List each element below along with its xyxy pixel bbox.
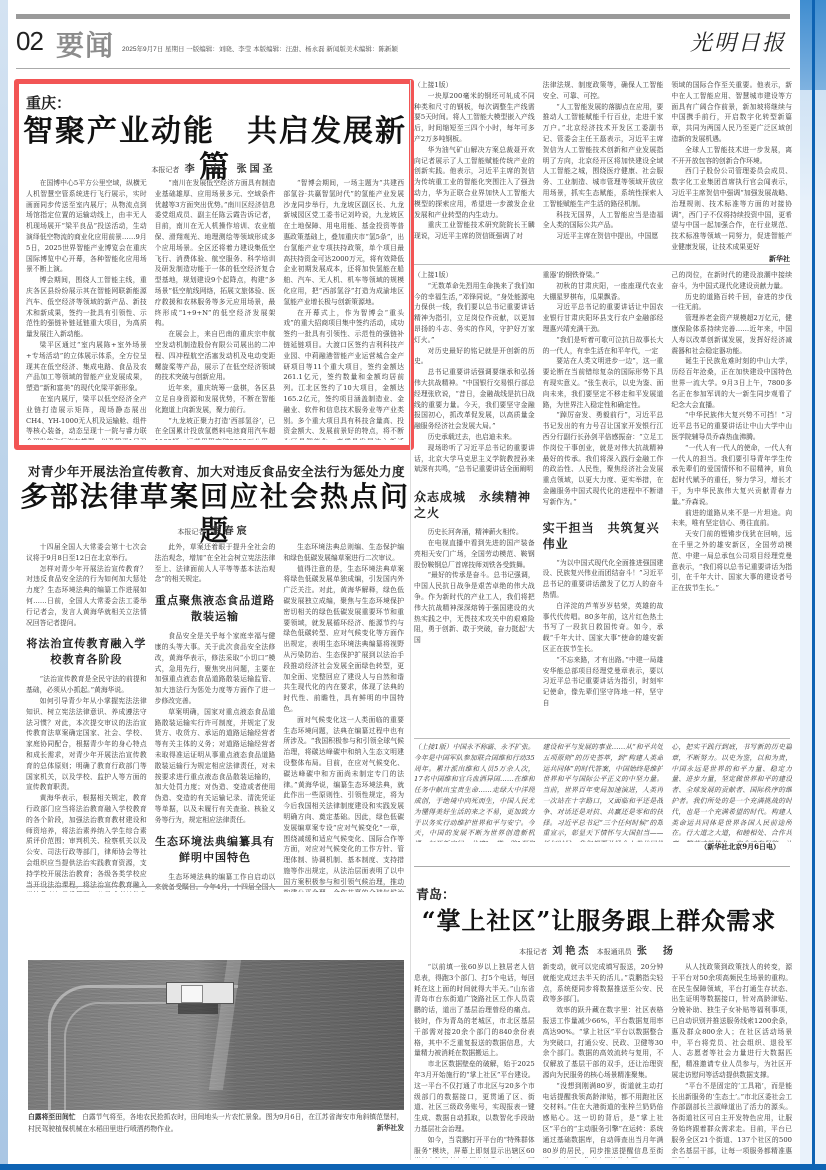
divider xyxy=(414,738,790,739)
article-columns: （上接1版）中国永不称霸、永不扩张。今年是中国军队参加联合国维和行动35周年。累… xyxy=(414,742,792,842)
paragraph: 食品安全是关乎每个家庭幸福与健康的头等大事。关于此次食品安全法修改，黄海华表示，… xyxy=(155,631,276,707)
paragraph: 十四届全国人大常委会第十七次会议将于9月8日至12日在北京举行。 xyxy=(26,542,147,564)
viewer-scrollbar[interactable] xyxy=(800,0,826,1170)
paragraph: 初秋的甘肃庆阳，一座座现代农业大棚星罗棋布，瓜果飘香。 xyxy=(543,281,664,303)
top-rule xyxy=(16,14,790,19)
byline-names: 张 扬 xyxy=(637,946,676,957)
byline-label: 本报记者 xyxy=(519,948,547,956)
section-name: 要闻 xyxy=(56,24,114,64)
divider xyxy=(26,886,406,887)
paragraph: 新变动，就可以完成填写报送，20分钟就能完成过去半天的活儿。”袁鹏指尖轻点，系统… xyxy=(543,962,664,1005)
subheading: 实干担当 共筑复兴伟业 xyxy=(543,520,664,552)
article-byline: 本报记者 李春宸 xyxy=(20,522,410,537)
article-peace-continued[interactable]: （上接1版）中国永不称霸、永不扩张。今年是中国军队参加联合国维和行动35周年。累… xyxy=(414,742,794,862)
paragraph: 要站在人类文明进步一边”，这一重要论断在当前错综复杂的国际形势下具有现实意义。“… xyxy=(543,356,664,410)
column-3: 心，把实干践行到底，书写新的历史篇章，不断努力。以史为鉴，以和为贵，中国永远是世… xyxy=(671,742,792,842)
column-2: 法律法规、制度政策等，确保人工智能安全、可靠、可控。 “人工智能发展的落脚点在应… xyxy=(543,80,664,256)
column-1: （上接1版） “无数革命先烈用生命换来了我们如今的幸福生活，”邓锋同说，“身处能… xyxy=(414,270,535,730)
paragraph: 前进的道路从来不是一片坦途。向未来，唯有坚定信心、勇往直前。 xyxy=(671,508,792,530)
paragraph: 如何引导青少年从小掌握宪法法律知识、树立宪法法律意识、养成遵法守法习惯？对此，本… xyxy=(26,696,147,793)
article-columns: （上接1版） “无数革命先烈用生命换来了我们如今的幸福生活，”邓锋同说，“身处能… xyxy=(414,270,792,730)
article-byline: 本报记者 刘艳杰 本报通讯员 张 扬 xyxy=(414,942,784,957)
paragraph: 管理养老金资产规模超2万亿元，健康保险体系持续完善……近年来，中国人寿以改革创新… xyxy=(671,313,792,356)
article-columns: （上接1版） 一块厚200毫米的钢坯可轧成不同种类和尺寸的钢板，每次调整生产线需… xyxy=(414,80,792,256)
column-1: （上接1版） 一块厚200毫米的钢坯可轧成不同种类和尺寸的钢板，每次调整生产线需… xyxy=(414,80,535,256)
article-spirit-continued[interactable]: （上接1版） “无数革命先烈用生命换来了我们如今的幸福生活，”邓锋同说，“身处能… xyxy=(414,270,794,735)
column-3: 己的岗位，在新时代的建设浪潮中接续奋斗，为中国式现代化建设贡献力量。 历史的道路… xyxy=(671,270,792,730)
paragraph: “中华民族伟大复兴势不可挡！”习近平总书记的重要讲话让中山大学中山医学院辅导员乔… xyxy=(671,410,792,442)
paragraph: “无数革命先烈用生命换来了我们如今的幸福生活，”邓锋同说，“身处能源电力保供一线… xyxy=(414,281,535,346)
paragraph: “没想到刚满80岁，街道就主动打电话提醒我领高龄津贴，都不用跑社区交材料。”住在… xyxy=(543,1081,664,1158)
dateline: （新华社北京9月6日电） xyxy=(700,842,780,852)
header-rule xyxy=(16,68,790,69)
byline-names: 刘艳杰 xyxy=(552,946,591,957)
paragraph: （上接1版）中国永不称霸、永不扩张。今年是中国军队参加联合国维和行动35周年。累… xyxy=(414,742,535,842)
photo-track xyxy=(64,1002,224,1122)
paragraph: 己的岗位，在新时代的建设浪潮中接续奋斗，为中国式现代化建设贡献力量。 xyxy=(671,270,792,292)
paragraph: 重庆工业智能技术研究院院长王麟现说，习近平主席的贺信既强调了对 xyxy=(414,220,535,242)
paragraph: 生态环境法典的编纂工作自启动以来就备受瞩目。今年4月，十四届全国人大常委会第十五… xyxy=(155,872,276,892)
paragraph: 效率的跃升藏在数字里：社区表格报送工作量减少66%，平台数据复用率高达90%。“… xyxy=(543,1005,664,1081)
paragraph: 历史的道路百转千回，奋进的步伐一往无前。 xyxy=(671,292,792,314)
paragraph: 西门子股份公司管理委员会成员、数字化工业集团首席执行官会闻表示，习近平主席贺信中… xyxy=(671,166,792,252)
paragraph: 草案明确，国家对重点液态食品道路散装运输实行许可制度，并规定了发货方、收货方、承… xyxy=(155,707,276,826)
paragraph: “最好的传承是奋斗。总书记强调，中国人民抗日战争是艰苦卓绝的伟大战争。作为新时代… xyxy=(414,570,535,646)
viewer-left-edge xyxy=(0,0,8,1170)
paragraph: 白洋淀的芦苇岁岁枯荣，英雄的故事代代传唱。80多年前，这片红色热土书写了一段抗日… xyxy=(543,601,664,655)
paragraph: “我们是听着可歌可泣抗日故事长大的一代人，有幸生活在和平年代，一定 xyxy=(543,335,664,357)
subheading: 重点聚焦液态食品道路散装运输 xyxy=(155,593,276,625)
byline-label: 本报通讯员 xyxy=(597,948,632,956)
page-number: 02 xyxy=(16,26,43,57)
byline-names: 李春宸 xyxy=(211,526,250,537)
scrollbar-track-line xyxy=(812,0,815,1170)
paragraph: 对历史最好的铭记就是开创新的历史。 xyxy=(414,346,535,368)
paragraph: “以前填一张60岁以上独居老人信息表，得跑3个部门、打5个电话，每回耗在这上面的… xyxy=(414,962,535,1059)
paragraph: “为以中国式现代化全面推进强国建设、民族复兴伟业而团结奋斗！”习近平总书记的重要… xyxy=(543,558,664,601)
article-headline: 多部法律草案回应社会热点问题 xyxy=(20,480,410,548)
paragraph: 面对气候变化这一人类面临的重要生态环境问题，法典在编纂过程中也有所涉及。“我国积… xyxy=(283,715,404,892)
subheading: 众志成城 永续精神之火 xyxy=(414,489,535,521)
article-columns: 十四届全国人大常委会第十七次会议将于9月8日至12日在北京举行。 怎样对青少年开… xyxy=(26,542,404,892)
news-photo-field-spraying[interactable] xyxy=(28,960,404,1110)
paragraph: 天安门前的铿锵步伐犹在回响，远在千里之外的雄安新区，全国劳动模范、中建一局总承包… xyxy=(671,529,792,594)
byline-label: 本报记者 xyxy=(177,528,205,536)
caption-title: 白露将至田间忙 xyxy=(28,1114,76,1121)
photo-shadow xyxy=(178,1004,218,1014)
article-kicker: 青岛： xyxy=(416,884,455,903)
photo-credit: 新华社发 xyxy=(377,1124,404,1135)
paragraph: 现场聆听了习近平总书记的重要讲话，北京大学马克思主义学院教授孙来斌深有共鸣，“总… xyxy=(414,443,535,475)
paragraph: 重器’的钢铁脊梁。” xyxy=(543,270,664,281)
paragraph: 值得注意的是，生态环境法典草案将绿色低碳发展单独成编，引发国内外广泛关注。对此，… xyxy=(283,564,404,715)
paragraph: 建设和平与发展的事业……从“和平共处五项原则”的历史荟萃，到“构建人类命运共同体… xyxy=(543,742,664,842)
paragraph: 怎样对青少年开展法治宣传教育？对违反食品安全法的行为如何加大惩处力度？生态环境法… xyxy=(26,564,147,629)
divider xyxy=(414,264,790,265)
column-2: 此外，草案还着眼于提升全社会的法治观念，增加“在全社会树立宪法法律至上、法律面前… xyxy=(155,542,276,892)
column-2: 重器’的钢铁脊梁。” 初秋的甘肃庆阳，一座座现代农业大棚星罗棋布，瓜果飘香。 习… xyxy=(543,270,664,730)
paragraph: 生态环境法典总则编、生态保护编和绿色低碳发展编草案进行二次审议。 xyxy=(283,542,404,564)
paragraph: “人工智能发展的落脚点在应用，要推动人工智能赋能千行百业，走进千家万户。”北京经… xyxy=(543,102,664,210)
column-1: （上接1版）中国永不称霸、永不扩张。今年是中国军队参加联合国维和行动35周年。累… xyxy=(414,742,535,842)
column-2: 建设和平与发展的事业……从“和平共处五项原则”的历史荟萃，到“构建人类命运共同体… xyxy=(543,742,664,842)
column-3: 从人找政策到政策找人的转变，源于平台对50余项高频民生场景的重构。在民生保障领域… xyxy=(671,962,792,1158)
dateline: 新华社 xyxy=(769,254,790,264)
paragraph: 科技无国界，人工智能应当是造福全人类的国际公共产品。 xyxy=(543,210,664,232)
paragraph: “法治宣传教育是全民守法的前提和基础，必须从小抓起。”黄海华说。 xyxy=(26,674,147,696)
article-headline: “掌上社区”让服务跟上群众需求 xyxy=(414,906,784,936)
photo-caption: 白露将至田间忙 白露节气将至，各地农民抢抓农时，田间地头一片农忙景象。图为9月6… xyxy=(28,1112,404,1134)
paragraph: 历史长河奔涌，精神薪火相传。 xyxy=(414,527,535,538)
article-law-drafts[interactable]: 对青少年开展法治宣传教育、加大对违反食品安全法行为惩处力度—— 多部法律草案回应… xyxy=(20,456,410,796)
selection-highlight-box xyxy=(14,79,414,450)
jump-line: （上接1版） xyxy=(414,270,535,281)
masthead: 02 要闻 2025年9月7日 星期日 一版编辑：刘晓、李莹 本版编辑：汪甜、杨… xyxy=(16,24,790,64)
paragraph: 黄海华表示，根据相关规定，教育行政部门应当将法治教育融入学校教育的各个阶段，加强… xyxy=(26,793,147,892)
paragraph: 习近平主席在贺信中提出，中国愿 xyxy=(543,231,664,242)
paragraph: 诞生于民族危难时刻的中山大学，历经百年沧桑，正在加快建设中国特色世界一流大学。9… xyxy=(671,356,792,410)
subheading: 生态环境法典编纂具有鲜明中国特色 xyxy=(155,834,276,866)
viewer-bottom-bar xyxy=(0,1164,826,1170)
article-columns: “以前填一张60岁以上独居老人信息表，得跑3个部门、打5个电话，每回耗在这上面的… xyxy=(414,962,792,1158)
subheading: 将法治宣传教育融入学校教育各阶段 xyxy=(26,636,147,668)
article-ai-continued[interactable]: （上接1版） 一块厚200毫米的钢坯可轧成不同种类和尺寸的钢板，每次调整生产线需… xyxy=(414,80,794,270)
paragraph: 一块厚200毫米的钢坯可轧成不同种类和尺寸的钢板，每次调整生产线需要5天时间。将… xyxy=(414,91,535,145)
paragraph: 华为油气矿山解决方案总裁聂开欢向记者展示了人工智能赋能传统产业的创新实践。他表示… xyxy=(414,145,535,221)
caption-text: 白露节气将至，各地农民抢抓农时，田间地头一片农忙景象。图为9月6日，在江苏省海安… xyxy=(28,1113,403,1133)
paragraph: 习近平总书记的重要讲话让中国农业银行甘肃庆阳环县支行农户金融部经理惠兴靖充满干劲… xyxy=(543,302,664,334)
column-divider xyxy=(410,80,411,1160)
divider xyxy=(414,866,790,867)
paragraph: 在电视直播中看到先进的国产装备亮相天安门广场，全国劳动模范、鞍钢股份鞍钢总厂首席… xyxy=(414,538,535,570)
column-3: 生态环境法典总则编、生态保护编和绿色低碳发展编草案进行二次审议。 值得注意的是，… xyxy=(283,542,404,892)
column-1: “以前填一张60岁以上独居老人信息表，得跑3个部门、打5个电话，每回耗在这上面的… xyxy=(414,962,535,1158)
paragraph: 法律法规、制度政策等，确保人工智能安全、可靠、可控。 xyxy=(543,80,664,102)
paragraph: 从人找政策到政策找人的转变，源于平台对50余项高频民生场景的重构。在民生保障领域… xyxy=(671,962,792,1081)
paragraph: “一代人有一代人的使命，一代人有一代人的担当。我们要引导青年学生传承先辈们的爱国… xyxy=(671,443,792,508)
paragraph: “踔厉奋发、勇毅前行”，习近平总书记发出的有力号召让国家开发银行江西分行副行长孙… xyxy=(543,410,664,507)
paragraph: 总书记重要讲话强调要继承和弘扬伟大抗战精神。“中国银行交易银行部总经理张欣说，“… xyxy=(414,367,535,432)
article-qingdao[interactable]: 青岛： “掌上社区”让服务跟上群众需求 本报记者 刘艳杰 本报通讯员 张 扬 “… xyxy=(414,872,794,1162)
paragraph: 如今，当袁鹏打开平台的“特殊群体服务”模块，屏幕上即刻显示出辖区60岁以上独居老… xyxy=(414,1135,535,1158)
paragraph: 市北区数据壁垒的破解，始于2025年3月开始施行的“掌上社区”平台建设。这一平台… xyxy=(414,1059,535,1135)
photo-farm-machine xyxy=(166,982,234,1004)
paragraph: 领域的国际合作至关重要。他表示，新中在人工智能应用、智慧城市建设等方面具有广阔合… xyxy=(671,80,792,145)
paragraph: “不忘来路，才有出路。”中建一局雄安华能总部项目经理党曼章表示，要以习近平总书记… xyxy=(543,655,664,709)
column-1: 十四届全国人大常委会第十七次会议将于9月8日至12日在北京举行。 怎样对青少年开… xyxy=(26,542,147,892)
paragraph: 此外，草案还着眼于提升全社会的法治观念，增加“在全社会树立宪法法律至上、法律面前… xyxy=(155,542,276,585)
newspaper-logo: 光明日报 xyxy=(690,26,786,57)
paragraph: 全球人工智能技术进一步发展，离不开开放包容的创新合作环境。 xyxy=(671,145,792,167)
column-3: 领域的国际合作至关重要。他表示，新中在人工智能应用、智慧城市建设等方面具有广阔合… xyxy=(671,80,792,256)
paragraph: 心，把实干践行到底，书写新的历史篇章，不断努力。以史为鉴，以和为贵，中国永远是世… xyxy=(671,742,792,842)
newspaper-page: 02 要闻 2025年9月7日 星期日 一版编辑：刘晓、李莹 本版编辑：汪甜、杨… xyxy=(12,0,798,1164)
jump-line: （上接1版） xyxy=(414,80,535,91)
edition-info: 2025年9月7日 星期日 一版编辑：刘晓、李莹 本版编辑：汪甜、杨永磊 新闻版… xyxy=(122,44,398,53)
column-2: 新变动，就可以完成填写报送，20分钟就能完成过去半天的活儿。”袁鹏指尖轻点，系统… xyxy=(543,962,664,1158)
paragraph: “平台不是固定的‘工具箱’，而是能长出新服务的‘生态土’。”市北区委社会工作部副… xyxy=(671,1081,792,1158)
paragraph: 历史承载过去，也启迪未来。 xyxy=(414,432,535,443)
